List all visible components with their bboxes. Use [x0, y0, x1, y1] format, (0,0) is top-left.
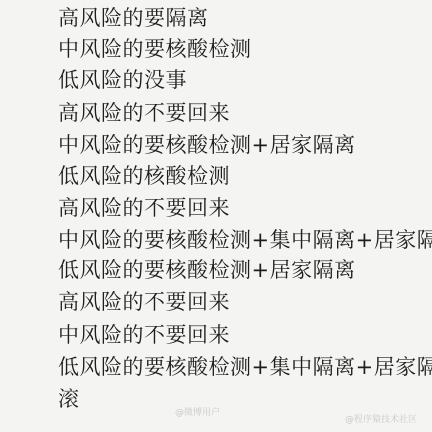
policy-text: 低风险的没事 [58, 65, 187, 95]
policy-text: 低风险的核酸检测 [58, 161, 230, 191]
policy-text: 低风险的要核酸检测+居家隔离 [58, 255, 356, 285]
policy-text: 高风险的不要回来 [58, 287, 230, 317]
policy-text: 高风险的不要回来 [58, 98, 230, 128]
policy-text: 滚 [58, 384, 80, 414]
policy-text: 中风险的不要回来 [58, 320, 230, 350]
policy-text: 高风险的不要回来 [58, 193, 230, 223]
watermark-1: @微博用户 [175, 405, 220, 418]
policy-text: 低风险的要核酸检测+集中隔离+居家隔离 [58, 352, 432, 382]
policy-text: 中风险的要核酸检测+集中隔离+居家隔离 [58, 225, 432, 255]
policy-text: 中风险的要核酸检测+居家隔离 [58, 130, 356, 160]
policy-text: 中风险的要核酸检测 [58, 34, 252, 64]
watermark-2: @程序猿技术社区 [345, 412, 417, 425]
policy-text: 高风险的要隔离 [58, 3, 209, 33]
